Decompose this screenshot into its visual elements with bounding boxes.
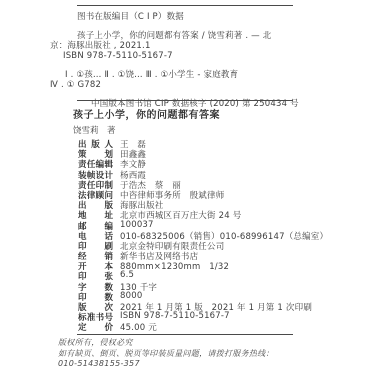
imprint-list: 出 版 人王 磊 策 划田鑫鑫 责任编辑李文静 装帧设计杨西霞 责任印制于浩杰 … [78,138,358,332]
imprint-row: 定 价45.00 元 [78,321,358,331]
imprint-value: 8000 [120,291,142,301]
cip-record-line: 京：海豚出版社 , 2021.1 [50,41,318,51]
imprint-label: 定 价 [78,321,113,333]
service-hotline-number: 010-51438155-357 [58,359,274,370]
middle-divider [77,100,293,101]
imprint-value: 100037 [120,220,154,230]
imprint-row: 责任编辑李文静 [78,158,358,168]
imprint-row: 法律顾问中咨律师事务所 殷斌律师 [78,189,358,199]
cip-data-block: 图书在版编目（C I P）数据 孩子上小学，你的问题都有答案 / 饶雪莉著 . … [50,12,318,109]
cip-classification-line: Ⅳ . ① G782 [50,80,318,90]
imprint-row: 印 数8000 [78,291,358,301]
imprint-row: 标准书号ISBN 978-7-5110-5167-7 [78,311,358,321]
cip-classification-line: Ⅰ . ①孩… Ⅱ . ①饶… Ⅲ . ①小学生 - 家庭教育 [50,70,318,80]
imprint-row: 责任印制于浩杰 蔡 丽 [78,179,358,189]
copyright-page: 图书在版编目（C I P）数据 孩子上小学，你的问题都有答案 / 饶雪莉著 . … [0,0,375,375]
copyright-notice-line: 如有缺页、倒页、脱页等印装质量问题，请拨打服务热线： [58,349,274,360]
imprint-value: 45.00 元 [120,321,157,333]
imprint-row: 装帧设计杨西霞 [78,169,358,179]
book-author: 饶雪莉 著 [73,124,220,136]
imprint-row: 地 址北京市西城区百万庄大街 24 号 [78,209,358,219]
imprint-row: 版 次2021 年 1 月第 1 版 2021 年 1 月第 1 次印刷 [78,301,358,311]
imprint-value: 880mm×1230mm 1/32 [120,260,229,272]
cip-header: 图书在版编目（C I P）数据 [50,12,318,22]
imprint-value: ISBN 978-7-5110-5167-7 [120,311,230,321]
imprint-row: 策 划田鑫鑫 [78,148,358,158]
cip-record-line: 孩子上小学，你的问题都有答案 / 饶雪莉著 . — 北 [50,31,318,41]
imprint-row: 出 版 人王 磊 [78,138,358,148]
copyright-notice: 版权所有，侵权必究 如有缺页、倒页、脱页等印装质量问题，请拨打服务热线： 010… [58,338,274,370]
copyright-notice-line: 版权所有，侵权必究 [58,338,274,349]
imprint-row: 开 本880mm×1230mm 1/32 [78,260,358,270]
title-block: 孩子上小学，你的问题都有答案 饶雪莉 著 [73,106,220,136]
imprint-row: 电 话010-68325006（销售）010-68996147（总编室） [78,230,358,240]
cip-isbn-line: ISBN 978-7-5110-5167-7 [50,51,318,61]
imprint-value: 6.5 [120,270,134,280]
top-divider [77,5,293,6]
bottom-divider [77,334,293,335]
imprint-row: 字 数130 千字 [78,281,358,291]
book-title: 孩子上小学，你的问题都有答案 [73,106,220,121]
